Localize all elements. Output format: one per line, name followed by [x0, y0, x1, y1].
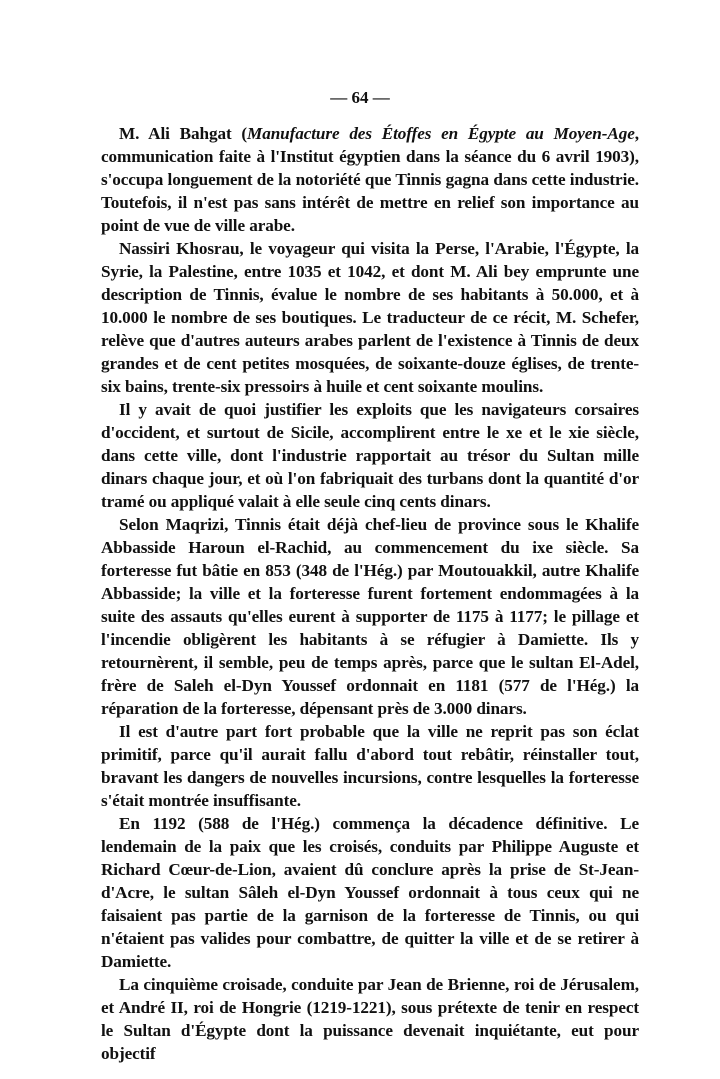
paragraph-6: En 1192 (588 de l'Hég.) commença la déca…: [101, 812, 639, 973]
paragraph-4: Selon Maqrizi, Tinnis était déjà chef-li…: [101, 513, 639, 720]
paragraph-2: Nassiri Khosrau, le voyageur qui visita …: [101, 237, 639, 398]
paragraph-3: Il y avait de quoi justifier les exploit…: [101, 398, 639, 513]
body-text: M. Ali Bahgat (Manufacture des Étoffes e…: [101, 122, 639, 1065]
page-number: — 64 —: [0, 88, 720, 108]
paragraph-1-lead: M. Ali Bahgat (: [119, 124, 247, 143]
cited-work-title: Manufacture des Étoffes en Égypte au Moy…: [247, 124, 635, 143]
paragraph-5: Il est d'autre part fort probable que la…: [101, 720, 639, 812]
document-page: — 64 — M. Ali Bahgat (Manufacture des Ét…: [0, 0, 720, 1079]
paragraph-1: M. Ali Bahgat (Manufacture des Étoffes e…: [101, 122, 639, 237]
paragraph-7: La cinquième croisade, conduite par Jean…: [101, 973, 639, 1065]
